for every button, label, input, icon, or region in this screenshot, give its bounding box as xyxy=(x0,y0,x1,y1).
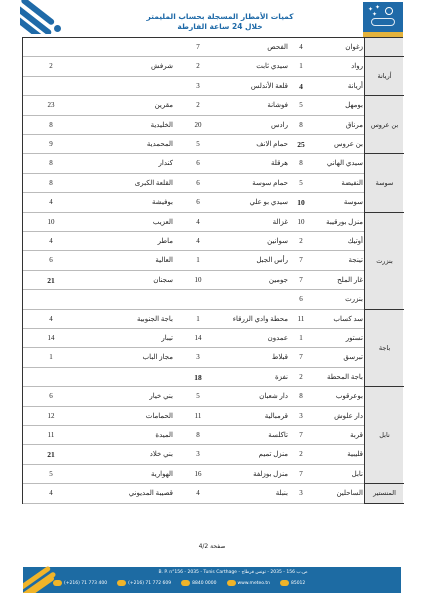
region-label: المنستير xyxy=(365,484,404,503)
station-name: بني خلاد xyxy=(103,450,173,459)
station-name: المحمدية xyxy=(103,140,173,149)
rainfall-value: 11 xyxy=(188,412,208,421)
station-name: بومهل xyxy=(308,101,363,110)
station-name: غزالة xyxy=(208,218,288,227)
page-number: صفحة 4/2 xyxy=(0,543,424,550)
station-name: بني خيار xyxy=(103,392,173,401)
station-name: محطة وادي الزرقاء xyxy=(208,315,288,324)
station-name: باجة المحطة xyxy=(308,373,363,382)
station-name: سيدي الهاني xyxy=(308,159,363,168)
station-name: بوفيشة xyxy=(103,198,173,207)
station-name: جومين xyxy=(208,276,288,285)
station-name: قرمبالية xyxy=(208,412,288,421)
table-row: 8القلعة الكبرى6حمام سوسة5النفيضة xyxy=(23,174,364,193)
rainfall-value: 4 xyxy=(41,315,61,324)
rainfall-value: 7 xyxy=(188,43,208,52)
station-name: سد كساب xyxy=(308,315,363,324)
meteo-logo: ✦ ✦ ✦ xyxy=(363,2,403,37)
rainfall-value: 6 xyxy=(188,198,208,207)
station-name: كندار xyxy=(103,159,173,168)
table-row: 6بنزرت xyxy=(23,290,364,309)
station-name: بوعرقوب xyxy=(308,392,363,401)
station-name: رواد xyxy=(308,62,363,71)
region-column: أريانةبن عروسسوسةبنزرتباجةنابلالمنستير xyxy=(364,38,403,503)
station-name: منزل بورقيبة xyxy=(308,218,363,227)
rainfall-value: 1 xyxy=(188,315,208,324)
region-label: بن عروس xyxy=(365,96,404,154)
station-name: تينجة xyxy=(308,256,363,265)
station-name: بنبلة xyxy=(208,489,288,498)
rainfall-value: 4 xyxy=(188,218,208,227)
station-name: منزل تميم xyxy=(208,450,288,459)
rainfall-value: 12 xyxy=(41,412,61,421)
station-name: العالية xyxy=(103,256,173,265)
rainfall-value: 4 xyxy=(41,489,61,498)
web-icon xyxy=(227,580,236,586)
rainfall-value: 3 xyxy=(188,353,208,362)
table-row: 5الهوارية16منزل بوزلفة7نابل xyxy=(23,465,364,484)
region-label: نابل xyxy=(365,387,404,484)
table-row: 23مقرين2فوشانة5بومهل xyxy=(23,96,364,115)
rainfall-value: 6 xyxy=(41,256,61,265)
station-name: دار علوش xyxy=(308,412,363,421)
rainfall-value: 5 xyxy=(188,392,208,401)
title-line-2: خلال 24 ساعة الفارطة xyxy=(100,22,340,32)
handset-icon xyxy=(181,580,190,586)
station-name: أوتيك xyxy=(308,237,363,246)
station-name: منزل بوزلفة xyxy=(208,470,288,479)
table-row: 9المحمدية5حمام الانف25بن عروس xyxy=(23,135,364,154)
footer-phone: (+216) 71 773 400 xyxy=(53,580,107,586)
rainfall-value: 5 xyxy=(41,470,61,479)
rainfall-value: 1 xyxy=(41,353,61,362)
table-row: 12الحمامات11قرمبالية3دار علوش xyxy=(23,407,364,426)
rainfall-table: أريانةبن عروسسوسةبنزرتباجةنابلالمنستير 7… xyxy=(22,37,403,504)
table-row: 18نفزة2باجة المحطة xyxy=(23,368,364,387)
rainfall-value: 20 xyxy=(188,121,208,130)
station-name: شرفش xyxy=(103,62,173,71)
station-name: رأس الجبل xyxy=(208,256,288,265)
rainfall-value: 8 xyxy=(41,159,61,168)
footer-website[interactable]: www.meteo.tn xyxy=(227,580,270,586)
station-name: سجنان xyxy=(103,276,173,285)
rainfall-value: 23 xyxy=(41,101,61,110)
station-name: الفحص xyxy=(208,43,288,52)
rainfall-value: 4 xyxy=(188,489,208,498)
station-name: مجاز الباب xyxy=(103,353,173,362)
station-name: نابل xyxy=(308,470,363,479)
station-name: باجة الجنوبية xyxy=(103,315,173,324)
rainfall-value: 6 xyxy=(188,179,208,188)
table-row: 4قصيبة المديوني4بنبلة3الساحلين xyxy=(23,484,364,503)
station-name: رادس xyxy=(208,121,288,130)
table-row: 8كندار6هرقلة8سيدي الهاني xyxy=(23,154,364,173)
table-row: 11الميدة8تاكلسة7قربة xyxy=(23,426,364,445)
footer-stripes-decoration xyxy=(23,562,59,593)
rainfall-value: 3 xyxy=(188,450,208,459)
station-name: نفزة xyxy=(208,373,288,382)
title-line-1: كميات الأمطار المسجلة بحساب المليمتر xyxy=(100,12,340,22)
station-name: قليبية xyxy=(308,450,363,459)
rainfall-value: 4 xyxy=(188,237,208,246)
station-name: الحمامات xyxy=(103,412,173,421)
footer-sms: 85012 xyxy=(280,580,305,586)
station-name: الساحلين xyxy=(308,489,363,498)
rainfall-value: 6 xyxy=(188,159,208,168)
rainfall-value: 14 xyxy=(188,334,208,343)
station-name: سيدي بو علي xyxy=(208,198,288,207)
table-row: 8الخليدية20رادس8مرناق xyxy=(23,116,364,135)
rainfall-value: 18 xyxy=(188,373,208,382)
station-name: الخليدية xyxy=(103,121,173,130)
table-row: 21سجنان10جومين7غار الملح xyxy=(23,271,364,290)
table-row: 6بني خيار5دار شعبان8بوعرقوب xyxy=(23,387,364,406)
region-label: بنزرت xyxy=(365,213,404,310)
rainfall-value: 1 xyxy=(188,256,208,265)
station-name: حمام سوسة xyxy=(208,179,288,188)
station-name: العزيب xyxy=(103,218,173,227)
station-name: حمام الانف xyxy=(208,140,288,149)
rainfall-value: 2 xyxy=(188,62,208,71)
region-label: باجة xyxy=(365,310,404,388)
station-name: تبرسق xyxy=(308,353,363,362)
region-label: أريانة xyxy=(365,57,404,96)
table-row: 4بوفيشة6سيدي بو علي10سوسة xyxy=(23,193,364,212)
table-row: 7الفحص4زغوان xyxy=(23,38,364,57)
rainfall-value: 5 xyxy=(188,140,208,149)
station-name: ماطر xyxy=(103,237,173,246)
station-name: هرقلة xyxy=(208,159,288,168)
rainfall-value: 6 xyxy=(41,392,61,401)
rainfall-value: 21 xyxy=(41,276,61,285)
station-name: غار الملح xyxy=(308,276,363,285)
sms-icon xyxy=(280,580,289,586)
station-name: سوسة xyxy=(308,198,363,207)
footer-banner: B. P. n°156 - 2035 - Tunis Carthage - ص.… xyxy=(23,567,401,593)
rainfall-value: 2 xyxy=(41,62,61,71)
rainfall-value: 9 xyxy=(41,140,61,149)
region-label: سوسة xyxy=(365,154,404,212)
station-name: سوانين xyxy=(208,237,288,246)
table-row: 3قلعة الأندلس4أريانة xyxy=(23,77,364,96)
table-row: 6العالية1رأس الجبل7تينجة xyxy=(23,251,364,270)
station-name: قصيبة المديوني xyxy=(103,489,173,498)
table-row: 14تيبار14عمدون1تستور xyxy=(23,329,364,348)
document-title: كميات الأمطار المسجلة بحساب المليمتر خلا… xyxy=(100,12,340,32)
institute-logo-left xyxy=(20,0,70,34)
station-name: النفيضة xyxy=(308,179,363,188)
table-row: 4باجة الجنوبية1محطة وادي الزرقاء11سد كسا… xyxy=(23,310,364,329)
station-name: قربة xyxy=(308,431,363,440)
station-name: أريانة xyxy=(308,82,363,91)
footer-contacts: (+216) 71 773 400 (+216) 71 772 609 8840… xyxy=(53,580,305,586)
rainfall-value: 14 xyxy=(41,334,61,343)
table-row: 4ماطر4سوانين2أوتيك xyxy=(23,232,364,251)
rainfall-value: 3 xyxy=(188,82,208,91)
station-name: تيبار xyxy=(103,334,173,343)
footer-address: B. P. n°156 - 2035 - Tunis Carthage - ص.… xyxy=(83,570,383,575)
footer-fax: (+216) 71 772 609 xyxy=(117,580,171,586)
fax-icon xyxy=(117,580,126,586)
station-name: قلعة الأندلس xyxy=(208,82,288,91)
station-name: قبلاط xyxy=(208,353,288,362)
station-name: دار شعبان xyxy=(208,392,288,401)
station-name: الميدة xyxy=(103,431,173,440)
station-name: بنزرت xyxy=(308,295,363,304)
rainfall-value: 8 xyxy=(188,431,208,440)
rainfall-value: 8 xyxy=(41,179,61,188)
rainfall-value: 4 xyxy=(41,237,61,246)
table-row: 21بني خلاد3منزل تميم2قليبية xyxy=(23,445,364,464)
station-name: تاكلسة xyxy=(208,431,288,440)
rainfall-value: 10 xyxy=(188,276,208,285)
phone-icon xyxy=(53,580,62,586)
station-name: القلعة الكبرى xyxy=(103,179,173,188)
station-name: مقرين xyxy=(103,101,173,110)
rainfall-value: 2 xyxy=(188,101,208,110)
station-name: مرناق xyxy=(308,121,363,130)
station-name: عمدون xyxy=(208,334,288,343)
rainfall-value: 8 xyxy=(41,121,61,130)
rainfall-value: 4 xyxy=(41,198,61,207)
station-name: تستور xyxy=(308,334,363,343)
footer-green-number: 8840 0000 xyxy=(181,580,216,586)
station-name: سيدي ثابت xyxy=(208,62,288,71)
rainfall-value: 21 xyxy=(41,450,61,459)
station-name: بن عروس xyxy=(308,140,363,149)
table-row: 1مجاز الباب3قبلاط7تبرسق xyxy=(23,348,364,367)
rainfall-value: 10 xyxy=(41,218,61,227)
table-row: 10العزيب4غزالة10منزل بورقيبة xyxy=(23,213,364,232)
station-name: فوشانة xyxy=(208,101,288,110)
station-name: الهوارية xyxy=(103,470,173,479)
rainfall-value: 16 xyxy=(188,470,208,479)
region-label xyxy=(365,38,404,57)
table-row: 2شرفش2سيدي ثابت1رواد xyxy=(23,57,364,76)
station-name: زغوان xyxy=(308,43,363,52)
rainfall-value: 11 xyxy=(41,431,61,440)
